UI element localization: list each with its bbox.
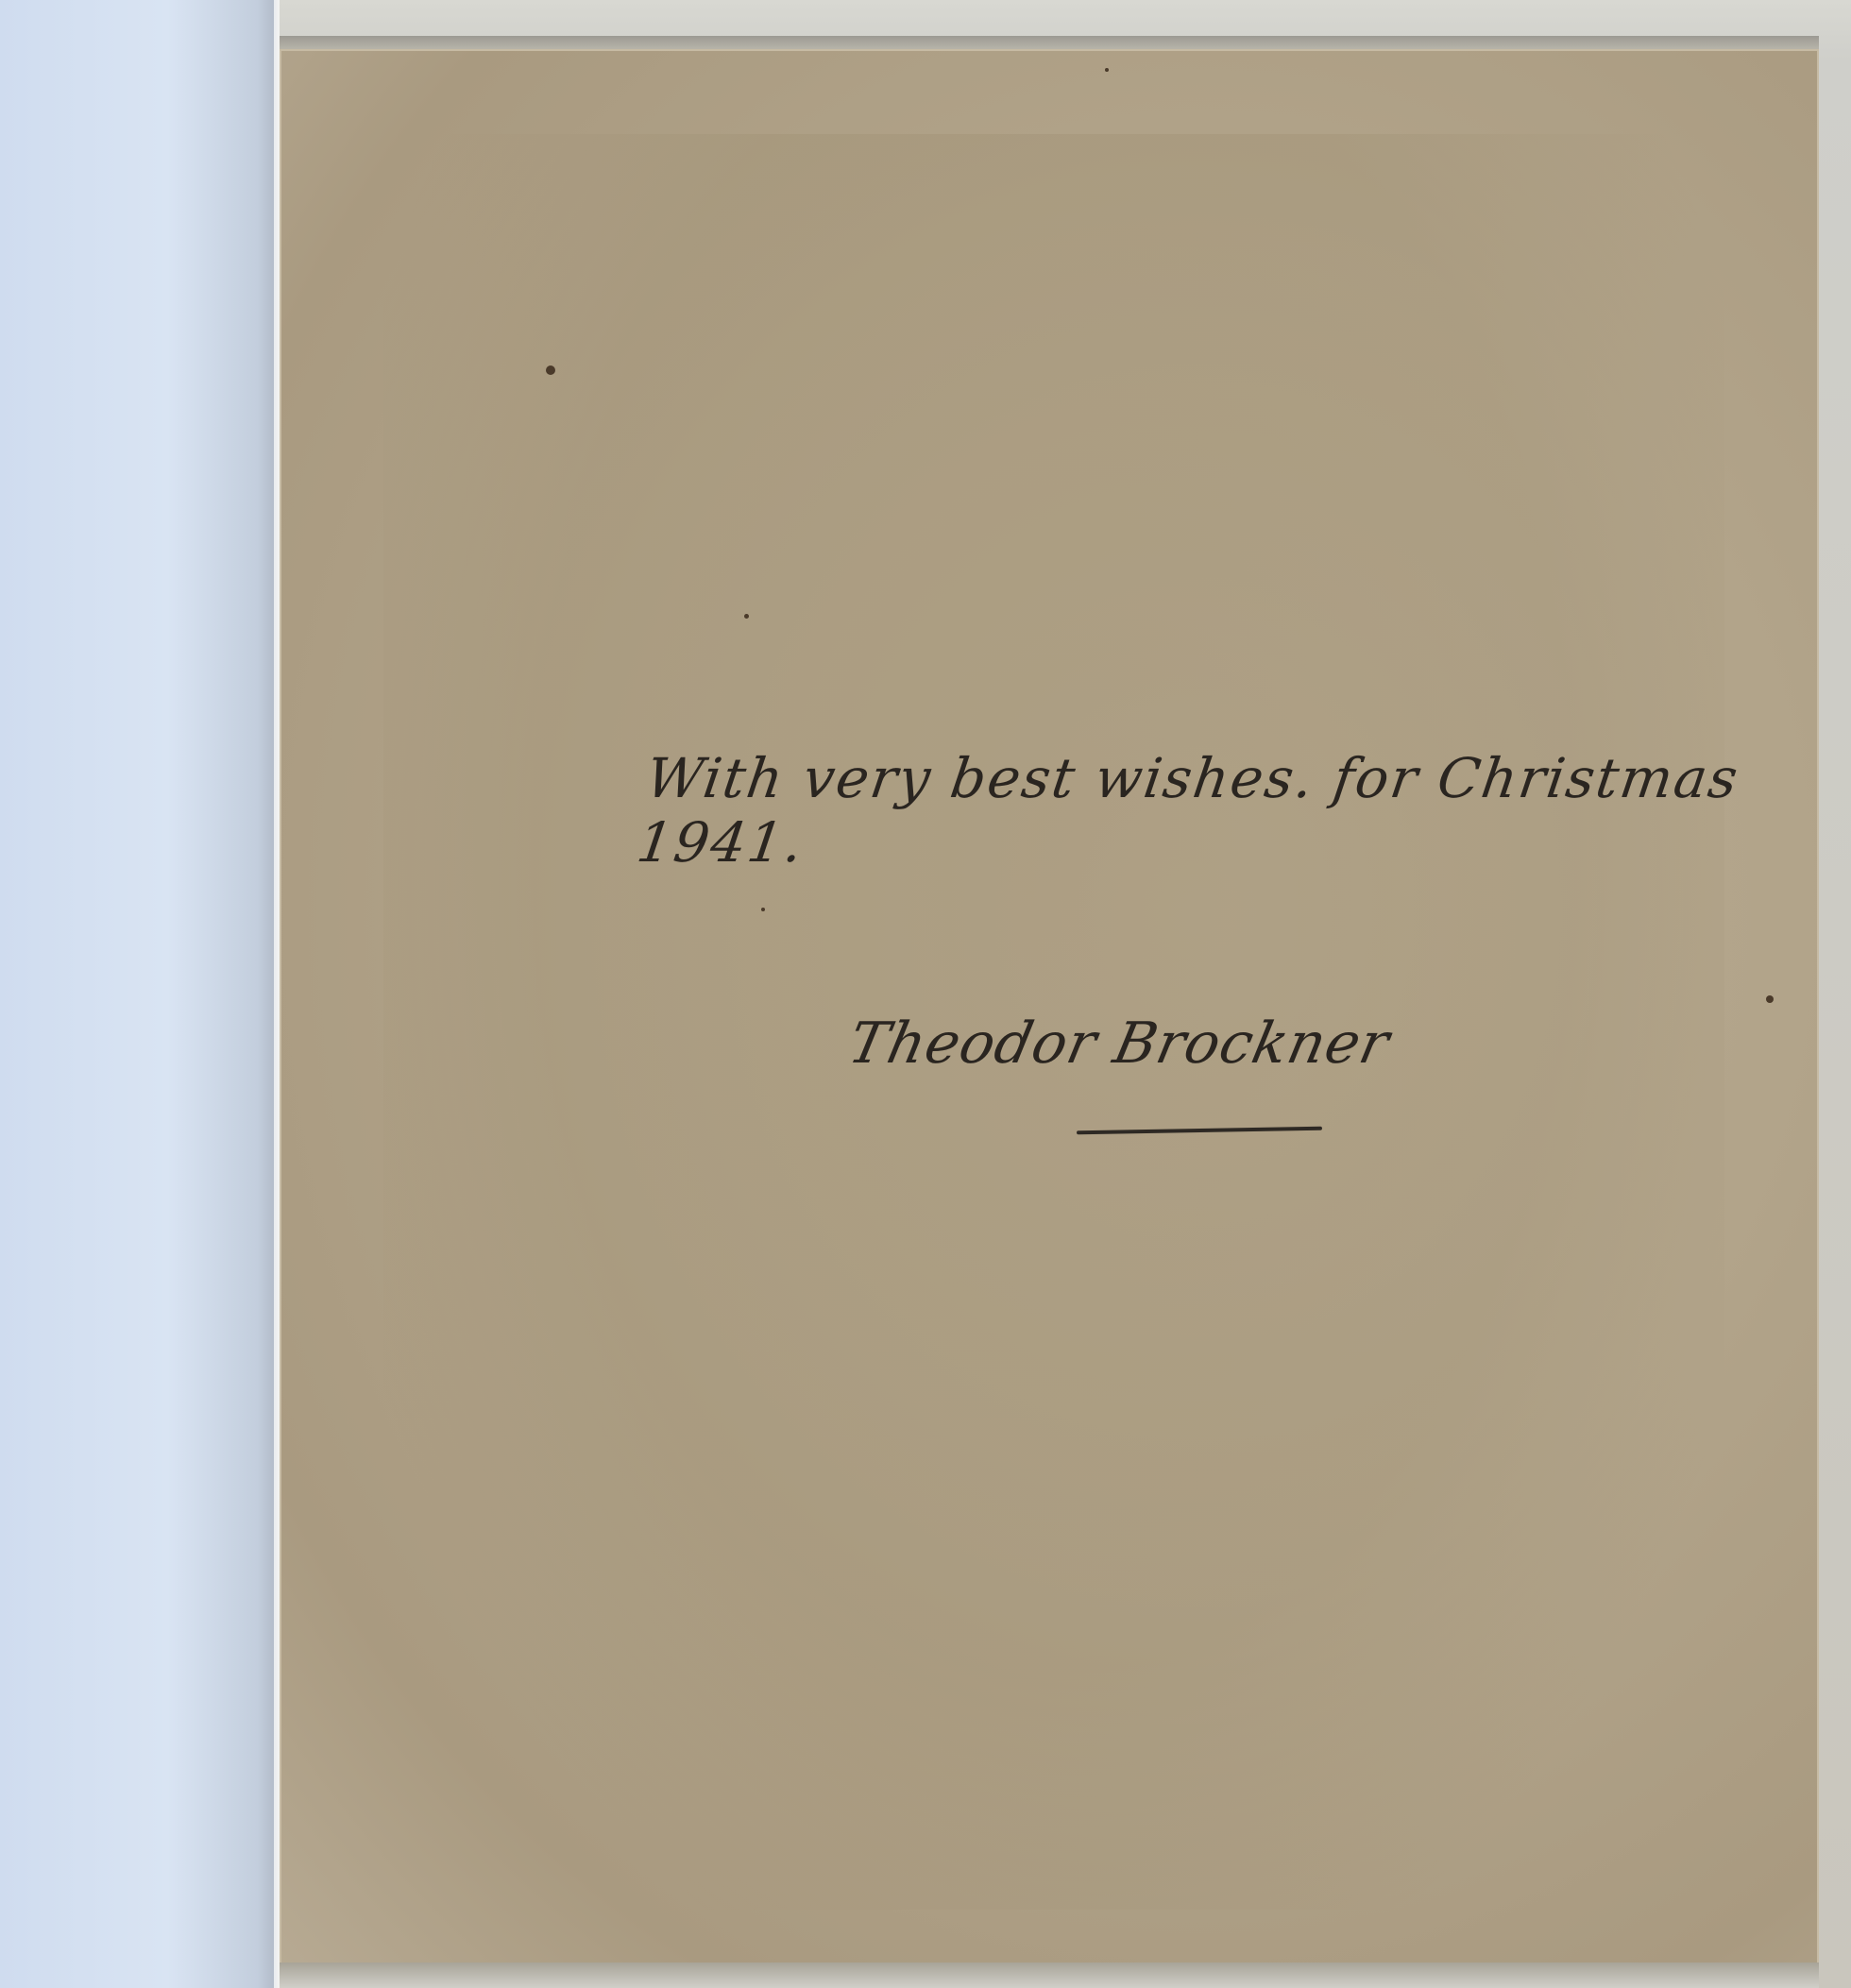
ink-speck	[744, 614, 749, 619]
ink-speck	[1105, 68, 1109, 72]
handwritten-signature: Theodor Brockner	[843, 1011, 1424, 1077]
ink-speck	[761, 908, 765, 911]
flyleaf-page	[280, 49, 1819, 1966]
page-bottom-edge	[280, 1963, 1819, 1988]
handwritten-inscription: With very best wishes. for Christmas 194…	[633, 746, 1784, 875]
ink-speck	[1766, 995, 1774, 1003]
blue-endpaper	[0, 0, 280, 1988]
ink-speck	[546, 365, 555, 375]
